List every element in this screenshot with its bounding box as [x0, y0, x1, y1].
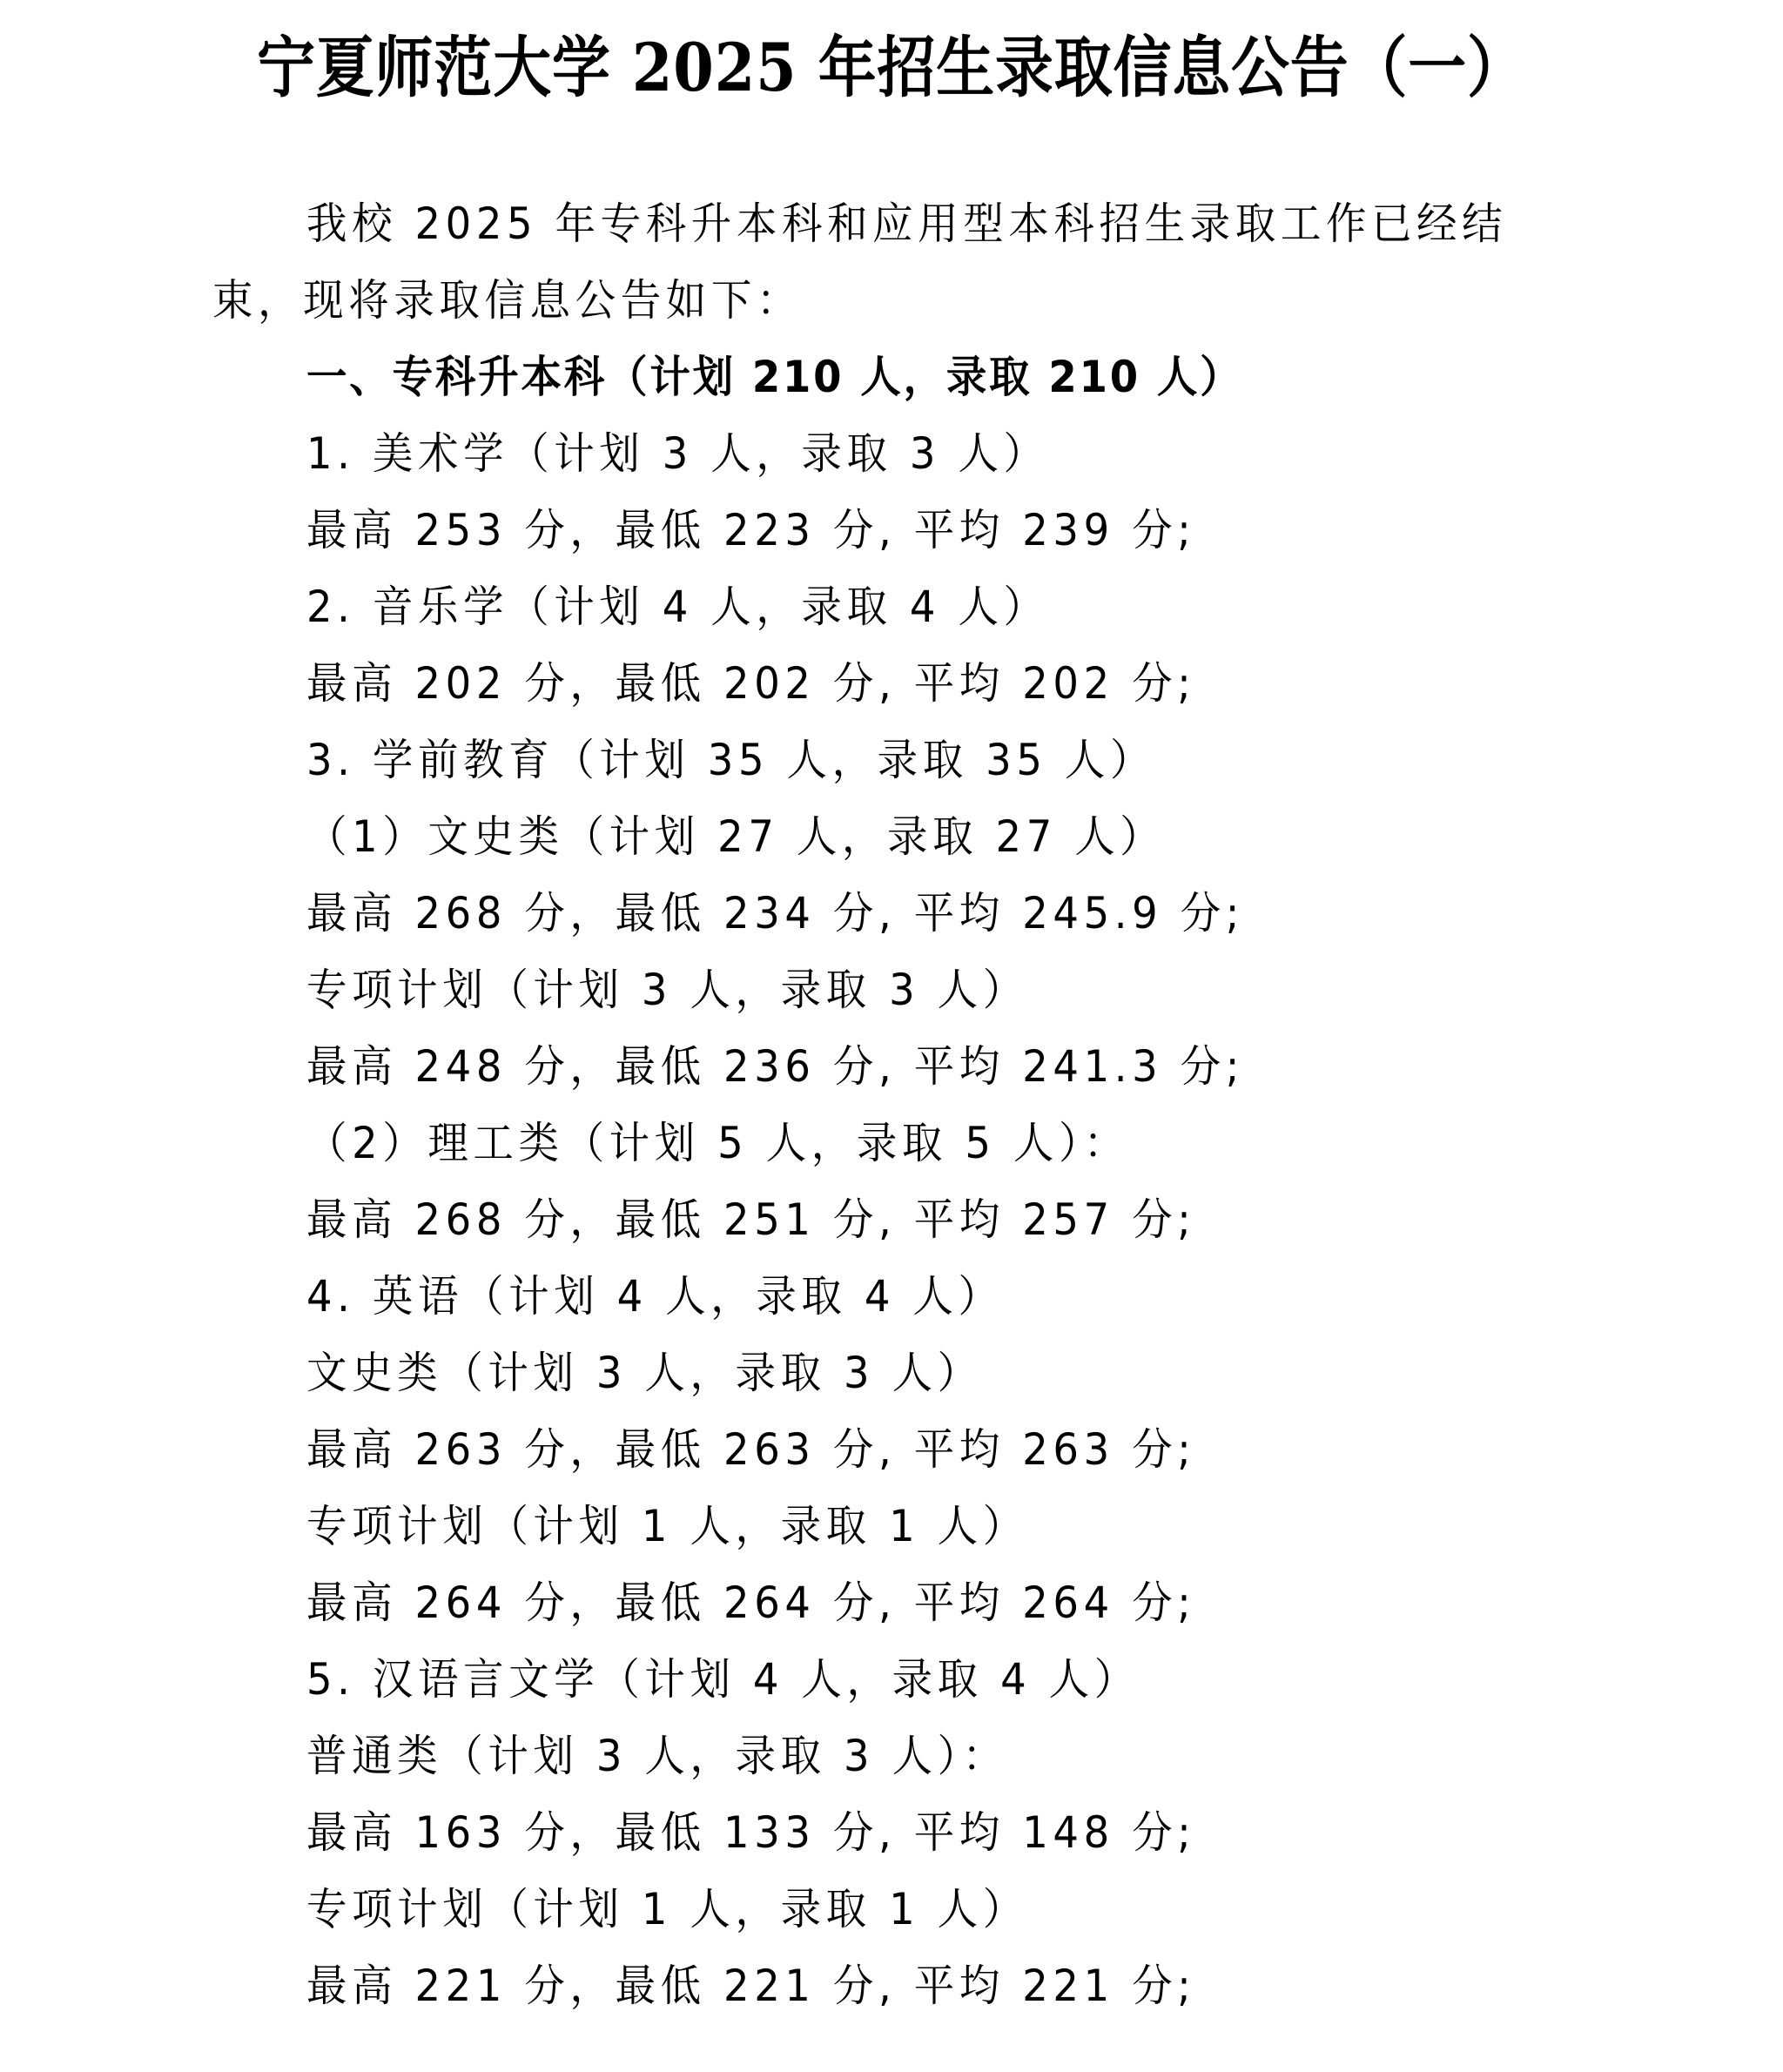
category-liberal-arts: （1）文史类（计划 27 人，录取 27 人）: [306, 806, 1165, 867]
major-fine-arts: 1. 美术学（计划 3 人，录取 3 人）: [306, 423, 1049, 484]
category-science-engineering: （2）理工类（计划 5 人，录取 5 人）：: [306, 1113, 1129, 1174]
score-line-fine-arts: 最高 253 分，最低 223 分, 平均 239 分;: [306, 500, 1195, 561]
document-page: 宁夏师范大学 2025 年招生录取信息公告（一） 我校 2025 年专科升本科和…: [0, 0, 1783, 2072]
document-title: 宁夏师范大学 2025 年招生录取信息公告（一）: [107, 24, 1676, 111]
score-line-preschool-science: 最高 268 分，最低 251 分, 平均 257 分;: [306, 1189, 1195, 1250]
score-line-preschool-special: 最高 248 分，最低 236 分, 平均 241.3 分;: [306, 1036, 1244, 1097]
score-line-chinese-special: 最高 221 分，最低 221 分, 平均 221 分;: [306, 1955, 1195, 2016]
score-line-english-special: 最高 264 分，最低 264 分, 平均 264 分;: [306, 1572, 1195, 1633]
major-chinese-literature: 5. 汉语言文学（计划 4 人，录取 4 人）: [306, 1649, 1140, 1710]
category-english-liberal-arts: 文史类（计划 3 人，录取 3 人）: [306, 1342, 983, 1403]
score-line-english-liberal-arts: 最高 263 分，最低 263 分, 平均 263 分;: [306, 1419, 1195, 1480]
major-music: 2. 音乐学（计划 4 人，录取 4 人）: [306, 576, 1049, 637]
intro-line-1: 我校 2025 年专科升本科和应用型本科招生录取工作已经结: [306, 193, 1507, 254]
section-heading-upgrade: 一、专科升本科（计划 210 人，录取 210 人）: [306, 346, 1242, 407]
special-plan-english: 专项计划（计划 1 人，录取 1 人）: [306, 1496, 1028, 1557]
major-preschool-education: 3. 学前教育（计划 35 人，录取 35 人）: [306, 730, 1155, 790]
score-line-preschool-liberal-arts: 最高 268 分，最低 234 分, 平均 245.9 分;: [306, 883, 1244, 944]
category-general: 普通类（计划 3 人，录取 3 人）：: [306, 1726, 1008, 1786]
score-line-music: 最高 202 分，最低 202 分, 平均 202 分;: [306, 653, 1195, 714]
special-plan-preschool: 专项计划（计划 3 人，录取 3 人）: [306, 959, 1028, 1020]
intro-line-2: 束，现将录取信息公告如下：: [212, 270, 802, 331]
special-plan-chinese: 专项计划（计划 1 人，录取 1 人）: [306, 1879, 1028, 1940]
major-english: 4. 英语（计划 4 人，录取 4 人）: [306, 1266, 1004, 1327]
score-line-chinese-general: 最高 163 分，最低 133 分, 平均 148 分;: [306, 1802, 1195, 1863]
